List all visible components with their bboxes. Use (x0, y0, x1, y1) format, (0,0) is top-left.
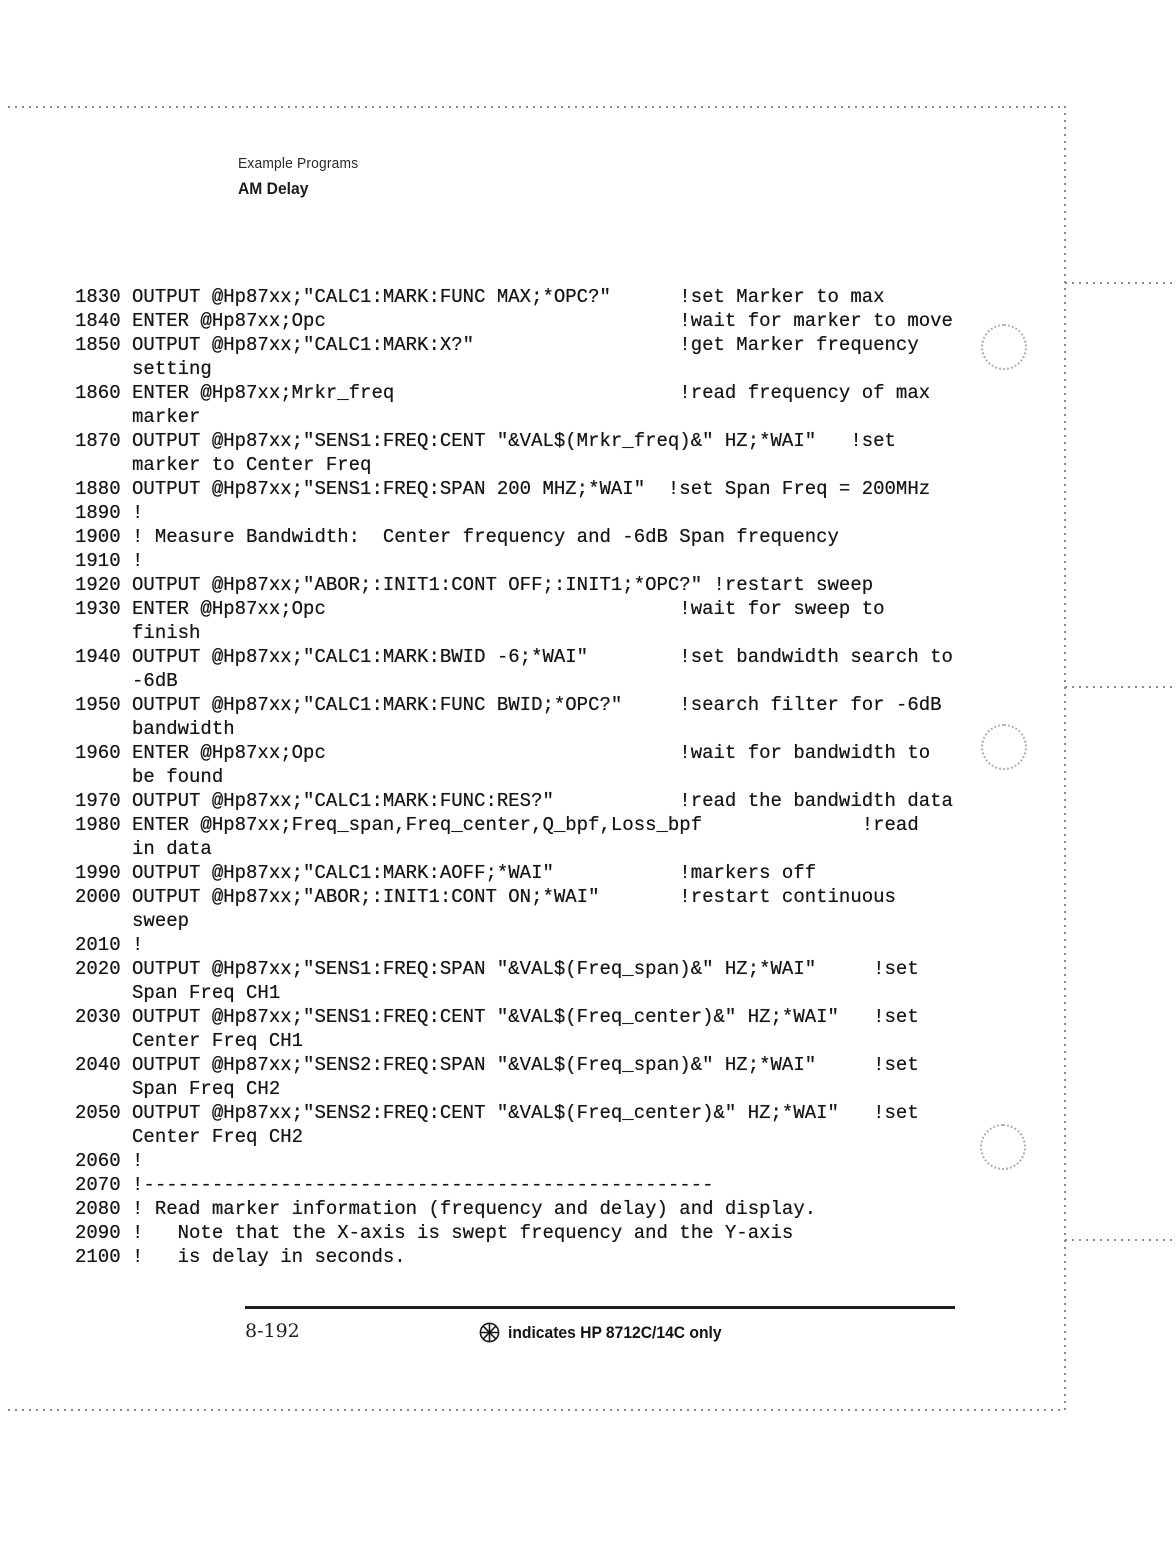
binder-hole-mark (981, 324, 1027, 370)
code-line: 2060 ! (75, 1149, 953, 1173)
right-margin-tick-1 (1065, 282, 1176, 284)
code-line: 2050 OUTPUT @Hp87xx;"SENS2:FREQ:CENT "&V… (75, 1101, 953, 1125)
binder-hole-mark (981, 724, 1027, 770)
code-line: bandwidth (75, 717, 953, 741)
code-line: marker to Center Freq (75, 453, 953, 477)
footnote: indicates HP 8712C/14C only (478, 1321, 740, 1344)
code-line: 1850 OUTPUT @Hp87xx;"CALC1:MARK:X?" !get… (75, 333, 953, 357)
code-line: -6dB (75, 669, 953, 693)
right-margin-tick-3 (1065, 1239, 1176, 1241)
code-line: 2000 OUTPUT @Hp87xx;"ABOR;:INIT1:CONT ON… (75, 885, 953, 909)
code-line: 1890 ! (75, 501, 953, 525)
code-line: 1980 ENTER @Hp87xx;Freq_span,Freq_center… (75, 813, 953, 837)
code-line: 1960 ENTER @Hp87xx;Opc !wait for bandwid… (75, 741, 953, 765)
code-line: 1970 OUTPUT @Hp87xx;"CALC1:MARK:FUNC:RES… (75, 789, 953, 813)
code-line: 1930 ENTER @Hp87xx;Opc !wait for sweep t… (75, 597, 953, 621)
code-line: Center Freq CH1 (75, 1029, 953, 1053)
code-line: be found (75, 765, 953, 789)
code-line: 1910 ! (75, 549, 953, 573)
code-line: marker (75, 405, 953, 429)
code-line: 2010 ! (75, 933, 953, 957)
code-line: Center Freq CH2 (75, 1125, 953, 1149)
code-line: setting (75, 357, 953, 381)
page-number: 8-192 (245, 1320, 300, 1342)
code-line: 2100 ! is delay in seconds. (75, 1245, 953, 1269)
code-line: 1920 OUTPUT @Hp87xx;"ABOR;:INIT1:CONT OF… (75, 573, 953, 597)
code-line: 2020 OUTPUT @Hp87xx;"SENS1:FREQ:SPAN "&V… (75, 957, 953, 981)
perforation-line-top (8, 106, 1065, 108)
code-listing: 1830 OUTPUT @Hp87xx;"CALC1:MARK:FUNC MAX… (75, 285, 953, 1269)
code-line: finish (75, 621, 953, 645)
code-line: in data (75, 837, 953, 861)
footnote-text: indicates HP 8712C/14C only (508, 1323, 722, 1343)
code-line: 1940 OUTPUT @Hp87xx;"CALC1:MARK:BWID -6;… (75, 645, 953, 669)
page-title: AM Delay (238, 179, 308, 199)
code-line: 1950 OUTPUT @Hp87xx;"CALC1:MARK:FUNC BWI… (75, 693, 953, 717)
code-line: 1830 OUTPUT @Hp87xx;"CALC1:MARK:FUNC MAX… (75, 285, 953, 309)
footer-rule (245, 1306, 955, 1309)
spoked-circle-icon (478, 1321, 501, 1344)
code-line: 2090 ! Note that the X-axis is swept fre… (75, 1221, 953, 1245)
code-line: 1990 OUTPUT @Hp87xx;"CALC1:MARK:AOFF;*WA… (75, 861, 953, 885)
code-line: 2040 OUTPUT @Hp87xx;"SENS2:FREQ:SPAN "&V… (75, 1053, 953, 1077)
code-line: Span Freq CH1 (75, 981, 953, 1005)
perforation-line-bottom (8, 1409, 1065, 1411)
code-line: 2080 ! Read marker information (frequenc… (75, 1197, 953, 1221)
code-line: 1860 ENTER @Hp87xx;Mrkr_freq !read frequ… (75, 381, 953, 405)
code-line: 1900 ! Measure Bandwidth: Center frequen… (75, 525, 953, 549)
code-line: 1870 OUTPUT @Hp87xx;"SENS1:FREQ:CENT "&V… (75, 429, 953, 453)
right-margin-tick-2 (1065, 686, 1176, 688)
code-line: 2070 !----------------------------------… (75, 1173, 953, 1197)
perforation-line-right (1064, 106, 1066, 1411)
code-line: 1840 ENTER @Hp87xx;Opc !wait for marker … (75, 309, 953, 333)
code-line: sweep (75, 909, 953, 933)
code-line: Span Freq CH2 (75, 1077, 953, 1101)
manual-page: Example Programs AM Delay 1830 OUTPUT @H… (0, 0, 1176, 1544)
code-line: 1880 OUTPUT @Hp87xx;"SENS1:FREQ:SPAN 200… (75, 477, 953, 501)
code-line: 2030 OUTPUT @Hp87xx;"SENS1:FREQ:CENT "&V… (75, 1005, 953, 1029)
binder-hole-mark (980, 1124, 1026, 1170)
header-section: Example Programs (238, 155, 358, 172)
